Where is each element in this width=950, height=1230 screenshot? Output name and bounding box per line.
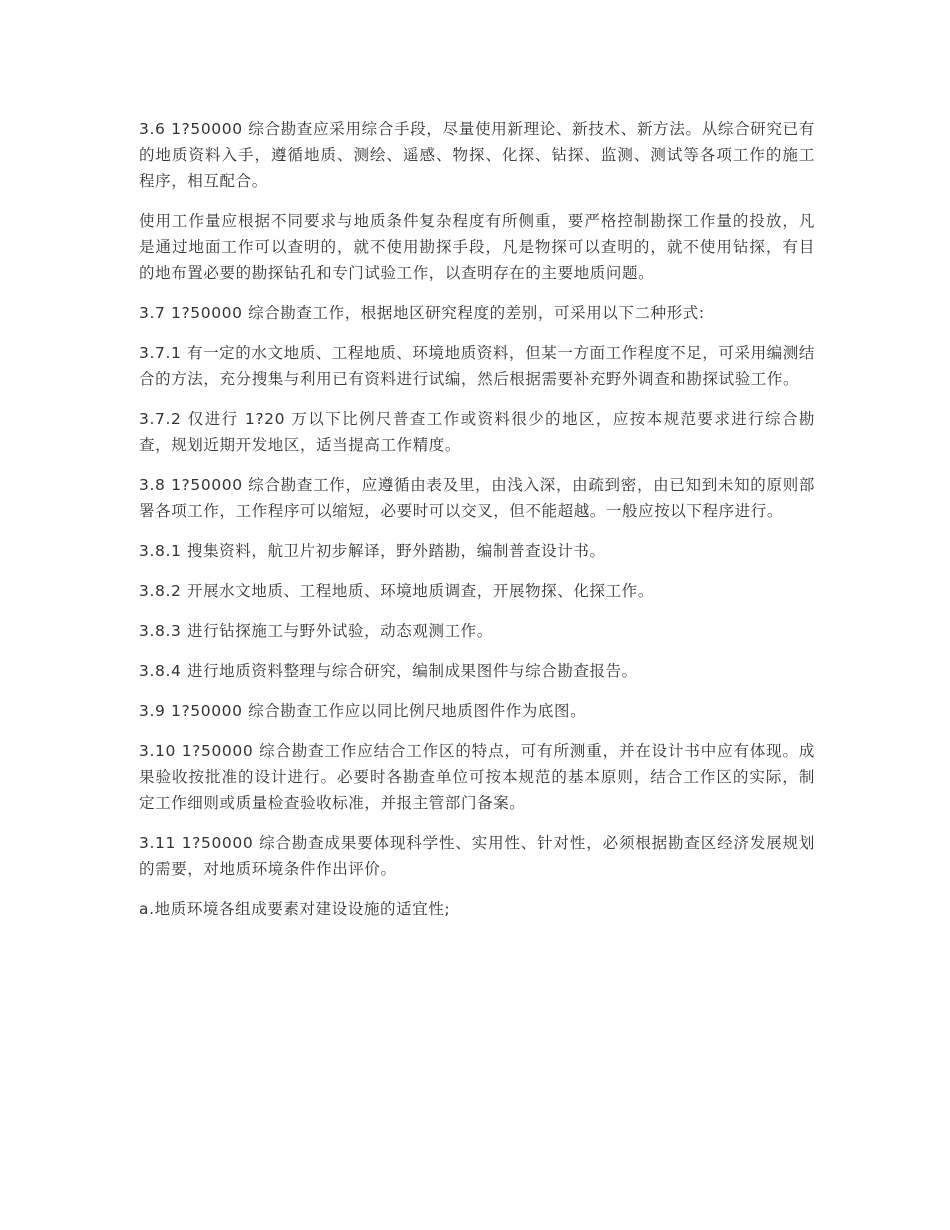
paragraph-3-8: 3.8 1?50000 综合勘查工作，应遵循由表及里，由浅入深，由疏到密，由已知… xyxy=(139,472,815,524)
paragraph-3-10: 3.10 1?50000 综合勘查工作应结合工作区的特点，可有所测重，并在设计书… xyxy=(139,738,815,816)
paragraph-item-a: a.地质环境各组成要素对建设设施的适宜性; xyxy=(139,896,815,922)
paragraph-3-6: 3.6 1?50000 综合勘查应采用综合手段，尽量使用新理论、新技术、新方法。… xyxy=(139,116,815,194)
paragraph-3-7-1: 3.7.1 有一定的水文地质、工程地质、环境地质资料，但某一方面工作程度不足，可… xyxy=(139,340,815,392)
paragraph-3-6-continued: 使用工作量应根据不同要求与地质条件复杂程度有所侧重，要严格控制勘探工作量的投放，… xyxy=(139,208,815,286)
paragraph-3-8-3: 3.8.3 进行钻探施工与野外试验，动态观测工作。 xyxy=(139,618,815,644)
paragraph-3-7: 3.7 1?50000 综合勘查工作，根据地区研究程度的差别，可采用以下二种形式… xyxy=(139,300,815,326)
paragraph-3-8-2: 3.8.2 开展水文地质、工程地质、环境地质调查，开展物探、化探工作。 xyxy=(139,578,815,604)
paragraph-3-8-4: 3.8.4 进行地质资料整理与综合研究，编制成果图件与综合勘查报告。 xyxy=(139,658,815,684)
paragraph-3-7-2: 3.7.2 仅进行 1?20 万以下比例尺普查工作或资料很少的地区，应按本规范要… xyxy=(139,406,815,458)
paragraph-3-9: 3.9 1?50000 综合勘查工作应以同比例尺地质图件作为底图。 xyxy=(139,698,815,724)
paragraph-3-11: 3.11 1?50000 综合勘查成果要体现科学性、实用性、针对性，必须根据勘查… xyxy=(139,830,815,882)
document-page: 3.6 1?50000 综合勘查应采用综合手段，尽量使用新理论、新技术、新方法。… xyxy=(139,116,815,936)
paragraph-3-8-1: 3.8.1 搜集资料，航卫片初步解译，野外踏勘，编制普查设计书。 xyxy=(139,538,815,564)
